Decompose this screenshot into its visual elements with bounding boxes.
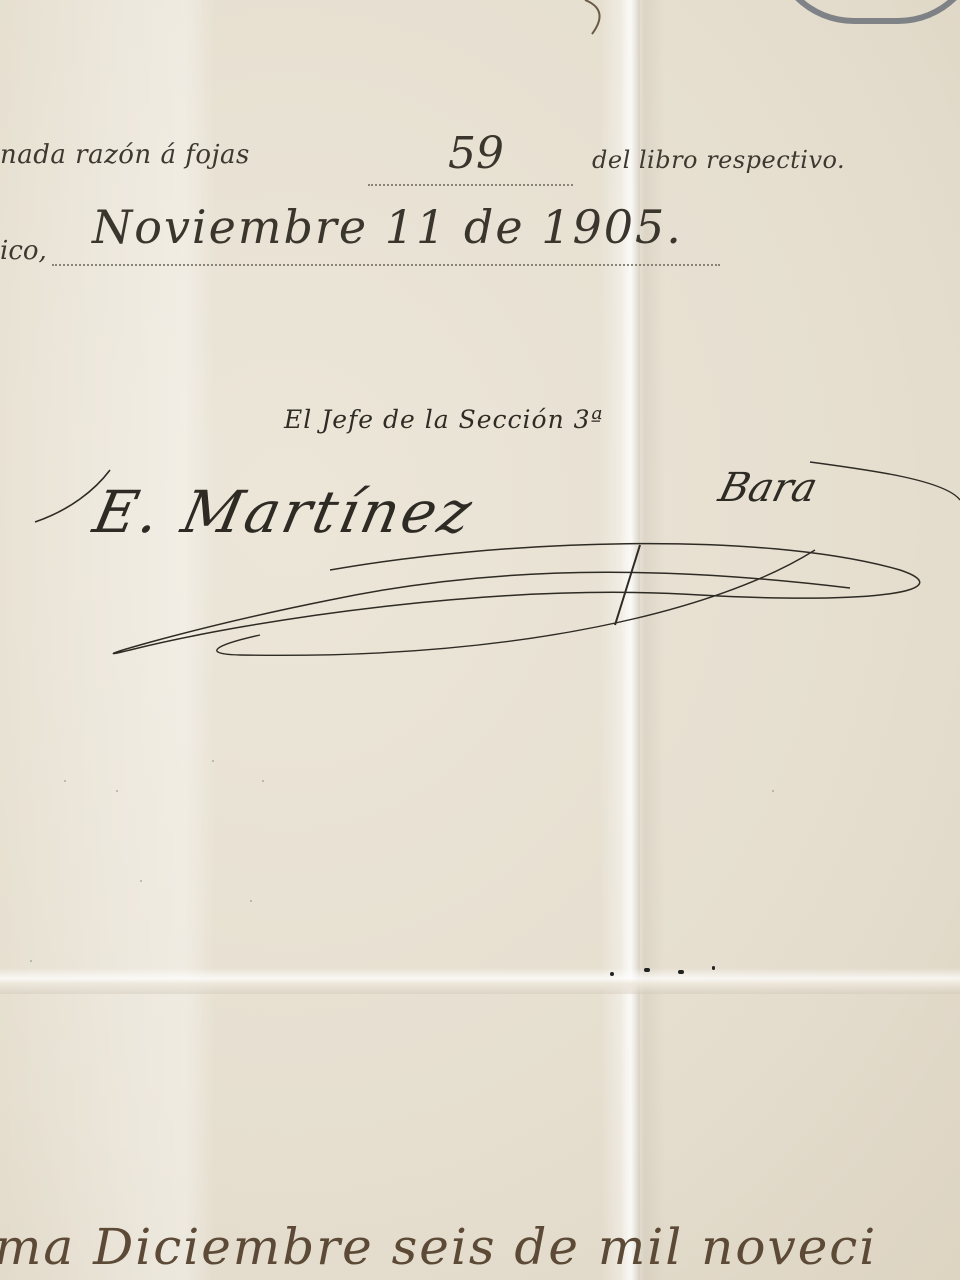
handwritten-date: Noviembre 11 de 1905. [92,200,683,254]
bottom-handwritten-date: ma Diciembre seis de mil noveci [0,1218,877,1276]
signature-name: E. Martínez [88,478,480,546]
signatory-title: El Jefe de la Sección 3ª [284,405,603,434]
horizontal-fold-crease [0,968,960,994]
signature-surname: Bara [714,465,822,511]
fojas-number: 59 [448,128,504,179]
ink-flourish-top [580,0,620,40]
printed-text-fojas: nada razón á fojas [0,140,250,170]
printed-text-libro: del libro respectivo. [592,146,845,174]
printed-text-place: ico, [0,236,47,266]
